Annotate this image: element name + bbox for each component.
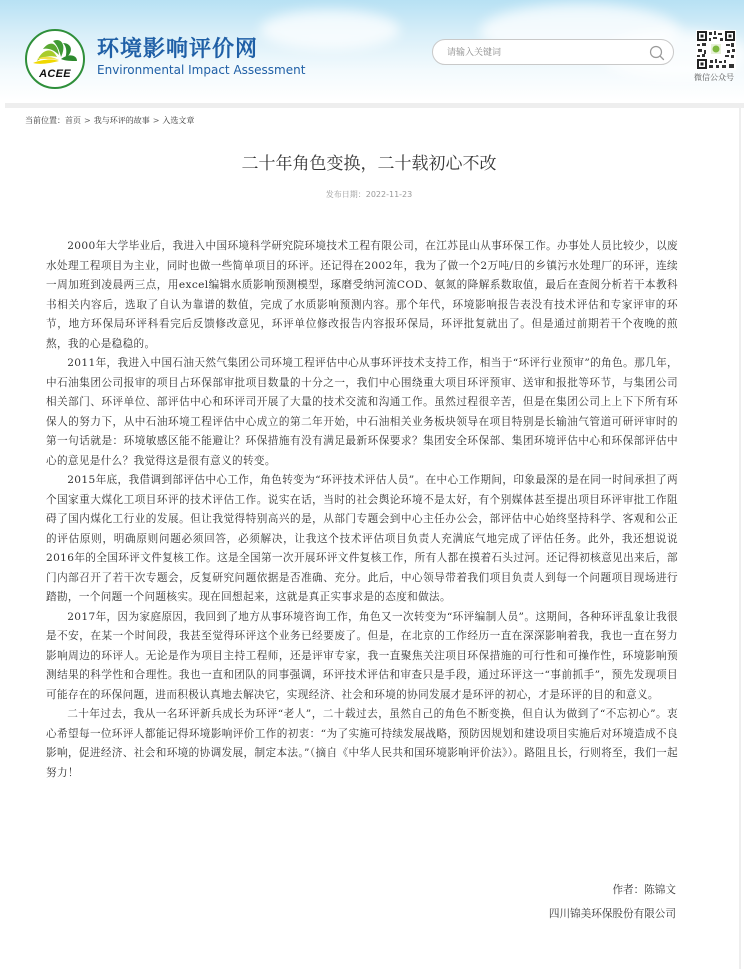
search-icon — [647, 43, 667, 63]
breadcrumb-prefix: 当前位置： — [25, 116, 65, 125]
article-author: 作者：陈锦文 — [376, 882, 676, 897]
breadcrumb: 当前位置：首页>我与环评的故事>入选文章 — [25, 115, 194, 126]
article-paragraph: 2000年大学毕业后，我进入中国环境科学研究院环境技术工程有限公司，在江苏昆山从… — [46, 237, 678, 354]
breadcrumb-category[interactable]: 我与环评的故事 — [94, 116, 150, 125]
publish-date: 发布日期：2022-11-23 — [0, 189, 738, 200]
wechat-qr-code — [696, 30, 736, 70]
logo-text: ACEE — [27, 68, 83, 80]
article-paragraph: 2011年，我进入中国石油天然气集团公司环境工程评估中心从事环评技术支持工作，相… — [46, 354, 678, 471]
article-paragraph: 2015年底，我借调到部评估中心工作，角色转变为“环评技术评估人员”。在中心工作… — [46, 471, 678, 608]
search-button[interactable] — [647, 43, 667, 63]
breadcrumb-separator: > — [84, 116, 91, 125]
article-company: 四川锦美环保股份有限公司 — [376, 906, 676, 921]
search-input[interactable] — [447, 44, 637, 61]
site-subtitle: Environmental Impact Assessment — [97, 63, 305, 77]
content-card-border — [739, 108, 741, 969]
site-header: ACEE 环境影响评价网 Environmental Impact Assess… — [0, 0, 744, 100]
breadcrumb-separator: > — [153, 116, 160, 125]
breadcrumb-current[interactable]: 入选文章 — [162, 116, 194, 125]
breadcrumb-home[interactable]: 首页 — [65, 116, 81, 125]
article-title: 二十年角色变换，二十载初心不改 — [0, 149, 738, 174]
header-divider — [5, 103, 744, 108]
article-paragraph: 二十年过去，我从一名环评新兵成长为环评“老人”，二十载过去，虽然自己的角色不断变… — [46, 705, 678, 783]
article-paragraph: 2017年，因为家庭原因，我回到了地方从事环境咨询工作，角色又一次转变为“环评编… — [46, 608, 678, 706]
qr-label: 微信公众号 — [694, 72, 734, 83]
qr-code-icon — [696, 30, 736, 70]
search-bar — [432, 39, 674, 65]
site-title[interactable]: 环境影响评价网 — [97, 32, 258, 63]
cloud-decoration — [260, 10, 400, 50]
article-body: 2000年大学毕业后，我进入中国环境科学研究院环境技术工程有限公司，在江苏昆山从… — [46, 237, 678, 783]
site-logo[interactable]: ACEE — [25, 29, 85, 89]
